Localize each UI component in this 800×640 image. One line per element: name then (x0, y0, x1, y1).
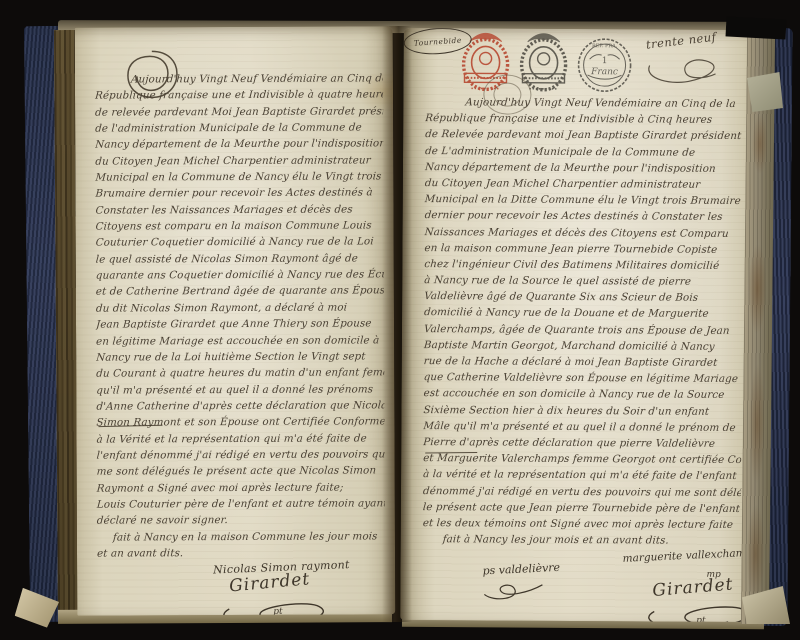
manuscript-line: à la Vérité et la représentation qui m'a… (96, 430, 385, 448)
manuscript-line: de l'administration Municipale de la Com… (95, 119, 384, 137)
round-stamp-arc-text: REP. FRA. (592, 43, 618, 49)
manuscript-line: Jean Baptiste Girardet que Anne Thiery s… (95, 316, 384, 334)
right-page: REP. FRA. 1 Franc trente neuf Aujourd'hu… (400, 28, 750, 622)
signature-paraph: pt (273, 607, 282, 616)
manuscript-line: est accouchée en son domicile à Nancy ru… (423, 385, 742, 403)
manuscript-line: du Citoyen Jean Michel Charpentier admin… (95, 152, 384, 170)
fore-edge-ink-mark (746, 504, 765, 604)
manuscript-line: Sixième Section hier à dix heures du Soi… (423, 402, 742, 420)
manuscript-line: déclaré ne savoir signer. (96, 512, 385, 530)
manuscript-line: Aujourd'huy Vingt Neuf Vendémiaire an Ci… (94, 70, 383, 88)
cover-corner-dark (726, 16, 787, 39)
manuscript-line: de L'administration Municipale de la Com… (424, 143, 743, 161)
manuscript-line: de relevée pardevant Moi Jean Baptiste G… (95, 103, 384, 121)
manuscript-line: Couturier Coquetier domicilié à Nancy ru… (95, 234, 384, 252)
manuscript-line: République française une et Indivisible … (94, 87, 383, 105)
round-stamp-denomination: Franc (590, 67, 618, 77)
left-page: Aujourd'huy Vingt Neuf Vendémiaire an Ci… (75, 26, 396, 615)
manuscript-line: Simon Raymont et son Épouse ont Certifié… (96, 414, 385, 432)
left-page-text: Aujourd'huy Vingt Neuf Vendémiaire an Ci… (95, 70, 385, 562)
manuscript-line: Baptiste Martin Georgot, Marchand domici… (423, 337, 742, 355)
manuscript-line: Nancy rue de la Loi huitième Section le … (96, 348, 385, 366)
manuscript-line: dénommé j'ai rédigé en vertu des pouvoir… (422, 483, 741, 501)
manuscript-line: Nancy département de la Meurthe pour l'i… (95, 136, 384, 154)
signature-marguerite: marguerite vallexchamps (622, 547, 749, 565)
manuscript-line: me sont délégués le présent acte que Nic… (96, 463, 385, 481)
fore-edge-ink-mark (748, 244, 767, 334)
folio-flourish (641, 49, 733, 88)
manuscript-line: domicilié à Nancy rue de la Douane et de… (423, 305, 742, 323)
book-gutter (382, 26, 412, 622)
manuscript-line: le présent acte que Jean pierre Tournebi… (422, 499, 741, 517)
manuscript-line: d'Anne Catherine d'après cette déclarati… (96, 397, 385, 415)
manuscript-line: et les deux témoins ont Signé avec moi a… (422, 515, 741, 533)
manuscript-line: et de Catherine Bertrand âgée de quarant… (95, 283, 384, 301)
fore-edge-ink-mark (748, 364, 765, 484)
manuscript-line: Raymont a Signé avec moi après lecture f… (96, 479, 385, 497)
manuscript-photograph: Aujourd'huy Vingt Neuf Vendémiaire an Ci… (0, 0, 800, 640)
round-stamp-value: 1 (602, 56, 608, 66)
signature-valdelievre: ps valdelièvre (482, 561, 560, 578)
manuscript-line: du Courant à quatre heures du matin d'un… (96, 365, 385, 383)
signature-paraph: pt (696, 616, 705, 622)
manuscript-line: le quel assisté de Nicolas Simon Raymont… (95, 250, 384, 268)
round-franc-stamp-icon: REP. FRA. 1 Franc (575, 35, 633, 95)
signature-tournebide-text: Tournebide (413, 35, 462, 47)
valdelievre-flourish (480, 576, 560, 602)
manuscript-line: Brumaire dernier pour recevoir les Actes… (95, 185, 384, 203)
manuscript-line: Naissances Mariages et décès des Citoyen… (424, 224, 743, 242)
manuscript-line: Municipal en la Commune de Nancy élu le … (95, 168, 384, 186)
manuscript-line: Constater les Naissances Mariages et déc… (95, 201, 384, 219)
folio-number: trente neuf (645, 30, 717, 52)
manuscript-line: quarante ans Coquetier domicilié à Nancy… (95, 266, 384, 284)
manuscript-line: qu'il m'a présenté et au quel il a donné… (96, 381, 385, 399)
manuscript-line: en la maison commune Jean pierre Tourneb… (424, 240, 743, 258)
manuscript-line: fait à Nancy les jour mois et an avant d… (422, 531, 741, 549)
manuscript-line: Louis Couturier père de l'enfant et autr… (96, 495, 385, 513)
fore-edge-ink-mark (752, 114, 769, 174)
right-page-text: Aujourd'huy Vingt Neuf Vendémiaire an Ci… (423, 94, 744, 549)
worn-corner-top-right (747, 72, 783, 112)
manuscript-line: Mâle qu'il m'a présenté et au quel il a … (423, 418, 742, 436)
manuscript-line: en légitime Mariage est accouchée en son… (96, 332, 385, 350)
manuscript-line: dernier pour recevoir les Actes destinés… (424, 207, 743, 225)
manuscript-line: fait à Nancy en la maison Commune les jo… (96, 528, 385, 546)
manuscript-line: Valerchamps, âgée de Quarante trois ans … (423, 321, 742, 339)
manuscript-line: Nancy département de la Meurthe pour l'i… (424, 159, 743, 177)
manuscript-line: chez l'ingénieur Civil des Batimens Mili… (424, 256, 743, 274)
manuscript-line: du dit Nicolas Simon Raymont, a déclaré … (95, 299, 384, 317)
manuscript-line: à la vérité et la représentation qui m'a… (422, 466, 741, 484)
manuscript-line: Citoyens est comparu en la maison Commun… (95, 217, 384, 235)
manuscript-line: l'enfant dénommé j'ai rédigé en vertu de… (96, 446, 385, 464)
manuscript-line: de Relevée pardevant moi Jean Baptiste G… (425, 126, 744, 144)
